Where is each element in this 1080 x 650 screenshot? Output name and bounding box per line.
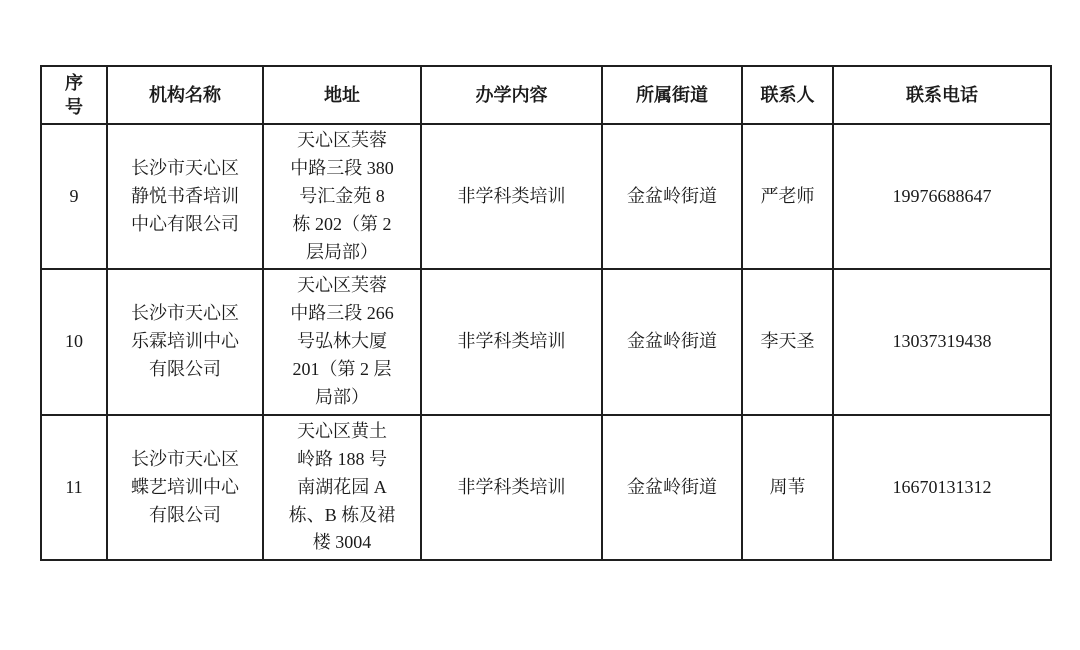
header-row: 序 号 机构名称 地址 办学内容 所属街道 联系人 联系电话	[41, 66, 1051, 124]
cell-address: 天心区芙蓉 中路三段 380 号汇金苑 8 栋 202（第 2 层局部）	[263, 124, 421, 269]
header-phone: 联系电话	[833, 66, 1051, 124]
table-row: 10 长沙市天心区 乐霖培训中心 有限公司 天心区芙蓉 中路三段 266 号弘林…	[41, 269, 1051, 414]
cell-seq: 10	[41, 269, 107, 414]
cell-street: 金盆岭街道	[602, 124, 742, 269]
cell-seq: 9	[41, 124, 107, 269]
header-contact: 联系人	[742, 66, 833, 124]
cell-content: 非学科类培训	[421, 124, 602, 269]
cell-street: 金盆岭街道	[602, 269, 742, 414]
cell-contact: 李天圣	[742, 269, 833, 414]
cell-address: 天心区黄土 岭路 188 号 南湖花园 A 栋、B 栋及裙 楼 3004	[263, 415, 421, 560]
cell-address: 天心区芙蓉 中路三段 266 号弘林大厦 201（第 2 层 局部）	[263, 269, 421, 414]
header-street: 所属街道	[602, 66, 742, 124]
cell-seq: 11	[41, 415, 107, 560]
cell-contact: 周苇	[742, 415, 833, 560]
training-institutions-table: 序 号 机构名称 地址 办学内容 所属街道 联系人 联系电话 9 长沙市天心区 …	[40, 65, 1052, 561]
cell-name: 长沙市天心区 乐霖培训中心 有限公司	[107, 269, 263, 414]
cell-contact: 严老师	[742, 124, 833, 269]
header-content: 办学内容	[421, 66, 602, 124]
cell-street: 金盆岭街道	[602, 415, 742, 560]
cell-content: 非学科类培训	[421, 269, 602, 414]
cell-content: 非学科类培训	[421, 415, 602, 560]
cell-phone: 16670131312	[833, 415, 1051, 560]
table-row: 9 长沙市天心区 静悦书香培训 中心有限公司 天心区芙蓉 中路三段 380 号汇…	[41, 124, 1051, 269]
header-address: 地址	[263, 66, 421, 124]
cell-phone: 19976688647	[833, 124, 1051, 269]
cell-phone: 13037319438	[833, 269, 1051, 414]
training-institutions-table-container: 序 号 机构名称 地址 办学内容 所属街道 联系人 联系电话 9 长沙市天心区 …	[40, 65, 1052, 561]
cell-name: 长沙市天心区 静悦书香培训 中心有限公司	[107, 124, 263, 269]
header-name: 机构名称	[107, 66, 263, 124]
cell-name: 长沙市天心区 蝶艺培训中心 有限公司	[107, 415, 263, 560]
table-row: 11 长沙市天心区 蝶艺培训中心 有限公司 天心区黄土 岭路 188 号 南湖花…	[41, 415, 1051, 560]
header-seq: 序 号	[41, 66, 107, 124]
